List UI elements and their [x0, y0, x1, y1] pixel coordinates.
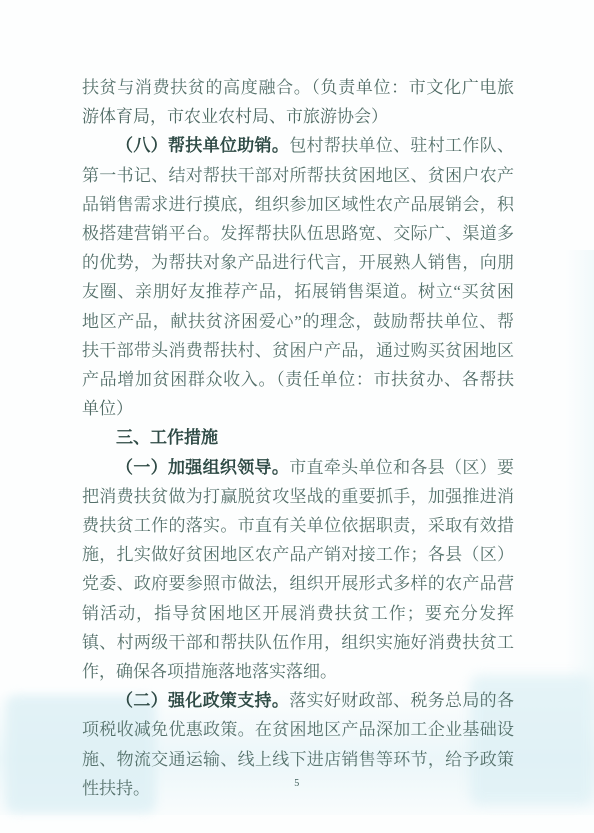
para-item-8-run-bold: （八）帮扶单位助销。 — [116, 136, 289, 155]
scan-artifact-right-edge — [565, 250, 594, 720]
para-continued-run-normal: 扶贫与消费扶贫的高度融合。 — [82, 78, 311, 97]
para-continued: 扶贫与消费扶贫的高度融合。（负责单位：市文化广电旅游体育局，市农业农村局、市旅游… — [82, 73, 514, 131]
page-number: 5 — [0, 778, 594, 789]
section-heading-work-measures-run-bold: 三、工作措施 — [116, 428, 218, 447]
para-item-8: （八）帮扶单位助销。包村帮扶单位、驻村工作队、第一书记、结对帮扶干部对所帮扶贫困… — [82, 131, 514, 423]
document-page: 扶贫与消费扶贫的高度融合。（负责单位：市文化广电旅游体育局，市农业农村局、市旅游… — [0, 0, 594, 833]
para-item-1-run-bold: （一）加强组织领导。 — [116, 458, 289, 477]
section-heading-work-measures: 三、工作措施 — [82, 423, 514, 452]
para-item-1: （一）加强组织领导。市直牵头单位和各县（区）要把消费扶贫做为打赢脱贫攻坚战的重要… — [82, 453, 514, 687]
para-item-1-run-normal: 市直牵头单位和各县（区）要把消费扶贫做为打赢脱贫攻坚战的重要抓手，加强推进消费扶… — [82, 458, 514, 681]
document-body: 扶贫与消费扶贫的高度融合。（负责单位：市文化广电旅游体育局，市农业农村局、市旅游… — [82, 0, 514, 803]
para-item-8-run-normal: 包村帮扶单位、驻村工作队、第一书记、结对帮扶干部对所帮扶贫困地区、贫困户农产品销… — [82, 136, 514, 389]
para-item-2-run-bold: （二）强化政策支持。 — [116, 691, 289, 710]
